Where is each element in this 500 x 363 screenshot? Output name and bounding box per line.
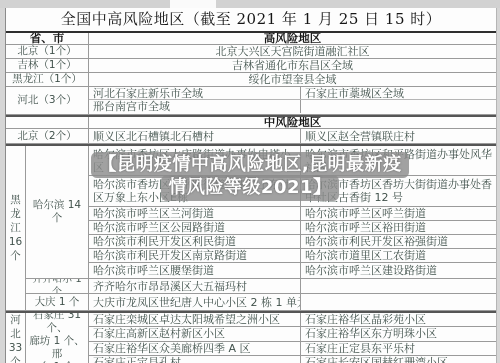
table-row: 吉林（1个） 吉林省通化市东昌区全域: [6, 59, 496, 73]
table-row: 石家庄高新区赵村新区小区 石家庄裕华区东方明珠小区: [89, 327, 496, 341]
area-cell: [301, 100, 496, 113]
area-cell: 石家庄高新区赵村新区小区: [89, 327, 301, 340]
watermark-line-2: 情风险等级2021】: [161, 175, 338, 201]
area-cell: 大庆市龙凤区世纪唐人中心小区 2 栋 1 单元: [89, 294, 301, 310]
top-margin-notch: [170, 0, 216, 8]
area-cell: 齐齐哈尔市昂昂溪区大五福玛村: [89, 279, 301, 293]
city-cell-daqing: 大庆 1 个: [26, 294, 89, 310]
table-header-row: 省、市 高风险地区: [6, 31, 496, 45]
area-cell: 哈尔滨市呼兰区公园路街道: [89, 221, 301, 234]
province-cell: 黑龙江（1个）: [6, 73, 89, 86]
area-cell: [301, 294, 496, 310]
page: 全国中高风险地区（截至 2021 年 1 月 25 日 15 时） 省、市 高风…: [0, 0, 500, 363]
area-cell: 哈尔滨市呼兰区兰河街道: [89, 207, 301, 220]
high-risk-hebei-section: 河北（3个） 河北石家庄新乐市全域 石家庄市藁城区全域 邢台南宫市全域: [6, 87, 496, 115]
province-cell-hebei: 河 北 33 个: [6, 313, 26, 363]
city-cell-qiqihar: 齐齐哈尔 1 个: [26, 279, 89, 293]
table-row: 哈尔滨市利民开发区利民街道 哈尔滨市利民开发区裕强街道: [89, 235, 496, 249]
mid-risk-header-row: 中风险地区: [6, 115, 496, 129]
province-cell: 吉林（1个）: [6, 59, 89, 72]
area-cell: 吉林省通化市东昌区全域: [89, 59, 496, 72]
area-cell: 石家庄长安区国赫红珊湾小区: [301, 356, 496, 363]
table-row: 邢台南宫市全域: [89, 100, 496, 113]
area-cell: 石家庄正定县孔村: [89, 356, 301, 363]
province-cell: 河北（3个）: [6, 87, 89, 114]
area-cell: 哈尔滨市呼兰区腰堡街道: [89, 263, 301, 278]
page-title: 全国中高风险地区（截至 2021 年 1 月 25 日 15 时）: [6, 8, 496, 31]
province-cell: 北京（1个）: [6, 45, 89, 58]
table-row: 北京（1个） 北京大兴区天宫院街道融汇社区: [6, 45, 496, 59]
table-row: 黑龙江（1个） 绥化市望奎县全域: [6, 73, 496, 87]
area-cell: 哈尔滨市道里区工农街道: [301, 249, 496, 262]
column-header-province: 省、市: [6, 33, 89, 44]
table-row: 哈尔滨市呼兰区公园路街道 哈尔滨市呼兰区裕田街道: [89, 221, 496, 235]
area-cell: 顺义区赵全营镇联庄村: [301, 129, 496, 143]
table-row: 石家庄裕华区众美廊桥四季 A 区 石家庄正定县东平乐村: [89, 342, 496, 356]
table-row: 北京（2个） 顺义区北石槽镇北石槽村 顺义区赵全营镇联庄村: [6, 129, 496, 144]
column-header-high-risk: 高风险地区: [89, 33, 496, 44]
area-cell: 哈尔滨市利民开发区裕强街道: [301, 235, 496, 248]
table-row: 哈尔滨市利民开发区南京路街道 哈尔滨市道里区工农街道: [89, 249, 496, 263]
section-header-mid-risk: 中风险地区: [89, 117, 496, 128]
table-row-qiqihar: 齐齐哈尔 1 个 齐齐哈尔市昂昂溪区大五福玛村: [26, 279, 496, 294]
table-row: 哈尔滨市呼兰区腰堡街道 哈尔滨市呼兰区建设路街道: [89, 263, 496, 278]
area-cell: 顺义区北石槽镇北石槽村: [89, 129, 301, 143]
area-cell: 哈尔滨市呼兰区建设路街道: [301, 263, 496, 278]
province-cell: 北京（2个）: [6, 129, 89, 143]
area-cell: [301, 279, 496, 293]
table-row: 石家庄正定县孔村 石家庄长安区国赫红珊湾小区: [89, 356, 496, 363]
table-row-daqing: 大庆 1 个 大庆市龙凤区世纪唐人中心小区 2 栋 1 单元: [26, 294, 496, 310]
city-cell-shijiazhuang: 石家庄 31 个、 廊坊 1 个、邢 台 1 个: [26, 313, 89, 363]
area-cell: 石家庄裕华区晶彩苑小区: [301, 313, 496, 326]
area-cell: 哈尔滨市利民开发区利民街道: [89, 235, 301, 248]
empty-cell: [6, 117, 89, 128]
area-cell: 石家庄裕华区东方明珠小区: [301, 327, 496, 340]
top-margin-strip: [0, 0, 500, 8]
area-cell: 哈尔滨市呼兰区裕田街道: [301, 221, 496, 234]
area-cell: 石家庄市藁城区全域: [301, 87, 496, 99]
hebei-section: 河 北 33 个 石家庄 31 个、 廊坊 1 个、邢 台 1 个 石家庄栾城区…: [6, 311, 496, 363]
area-cell: 石家庄正定县东平乐村: [301, 342, 496, 355]
area-cell: 邢台南宫市全域: [89, 100, 301, 113]
area-cell: 河北石家庄新乐市全域: [89, 87, 301, 99]
area-cell: 哈尔滨市利民开发区南京路街道: [89, 249, 301, 262]
watermark-overlay: 【昆明疫情中高风险地区,昆明最新疫 情风险等级2021】: [0, 152, 500, 201]
area-cell: 北京大兴区天宫院街道融汇社区: [89, 45, 496, 58]
table-row: 石家庄栾城区卓达太阳城希望之洲小区 石家庄裕华区晶彩苑小区: [89, 313, 496, 327]
area-cell: 绥化市望奎县全域: [89, 73, 496, 86]
area-cell: 哈尔滨市呼兰区呼兰街道: [301, 207, 496, 220]
table-row: 哈尔滨市呼兰区兰河街道 哈尔滨市呼兰区呼兰街道: [89, 207, 496, 221]
area-cell: 石家庄裕华区众美廊桥四季 A 区: [89, 342, 301, 355]
table-row: 河北石家庄新乐市全域 石家庄市藁城区全域: [89, 87, 496, 100]
area-cell: 石家庄栾城区卓达太阳城希望之洲小区: [89, 313, 301, 326]
